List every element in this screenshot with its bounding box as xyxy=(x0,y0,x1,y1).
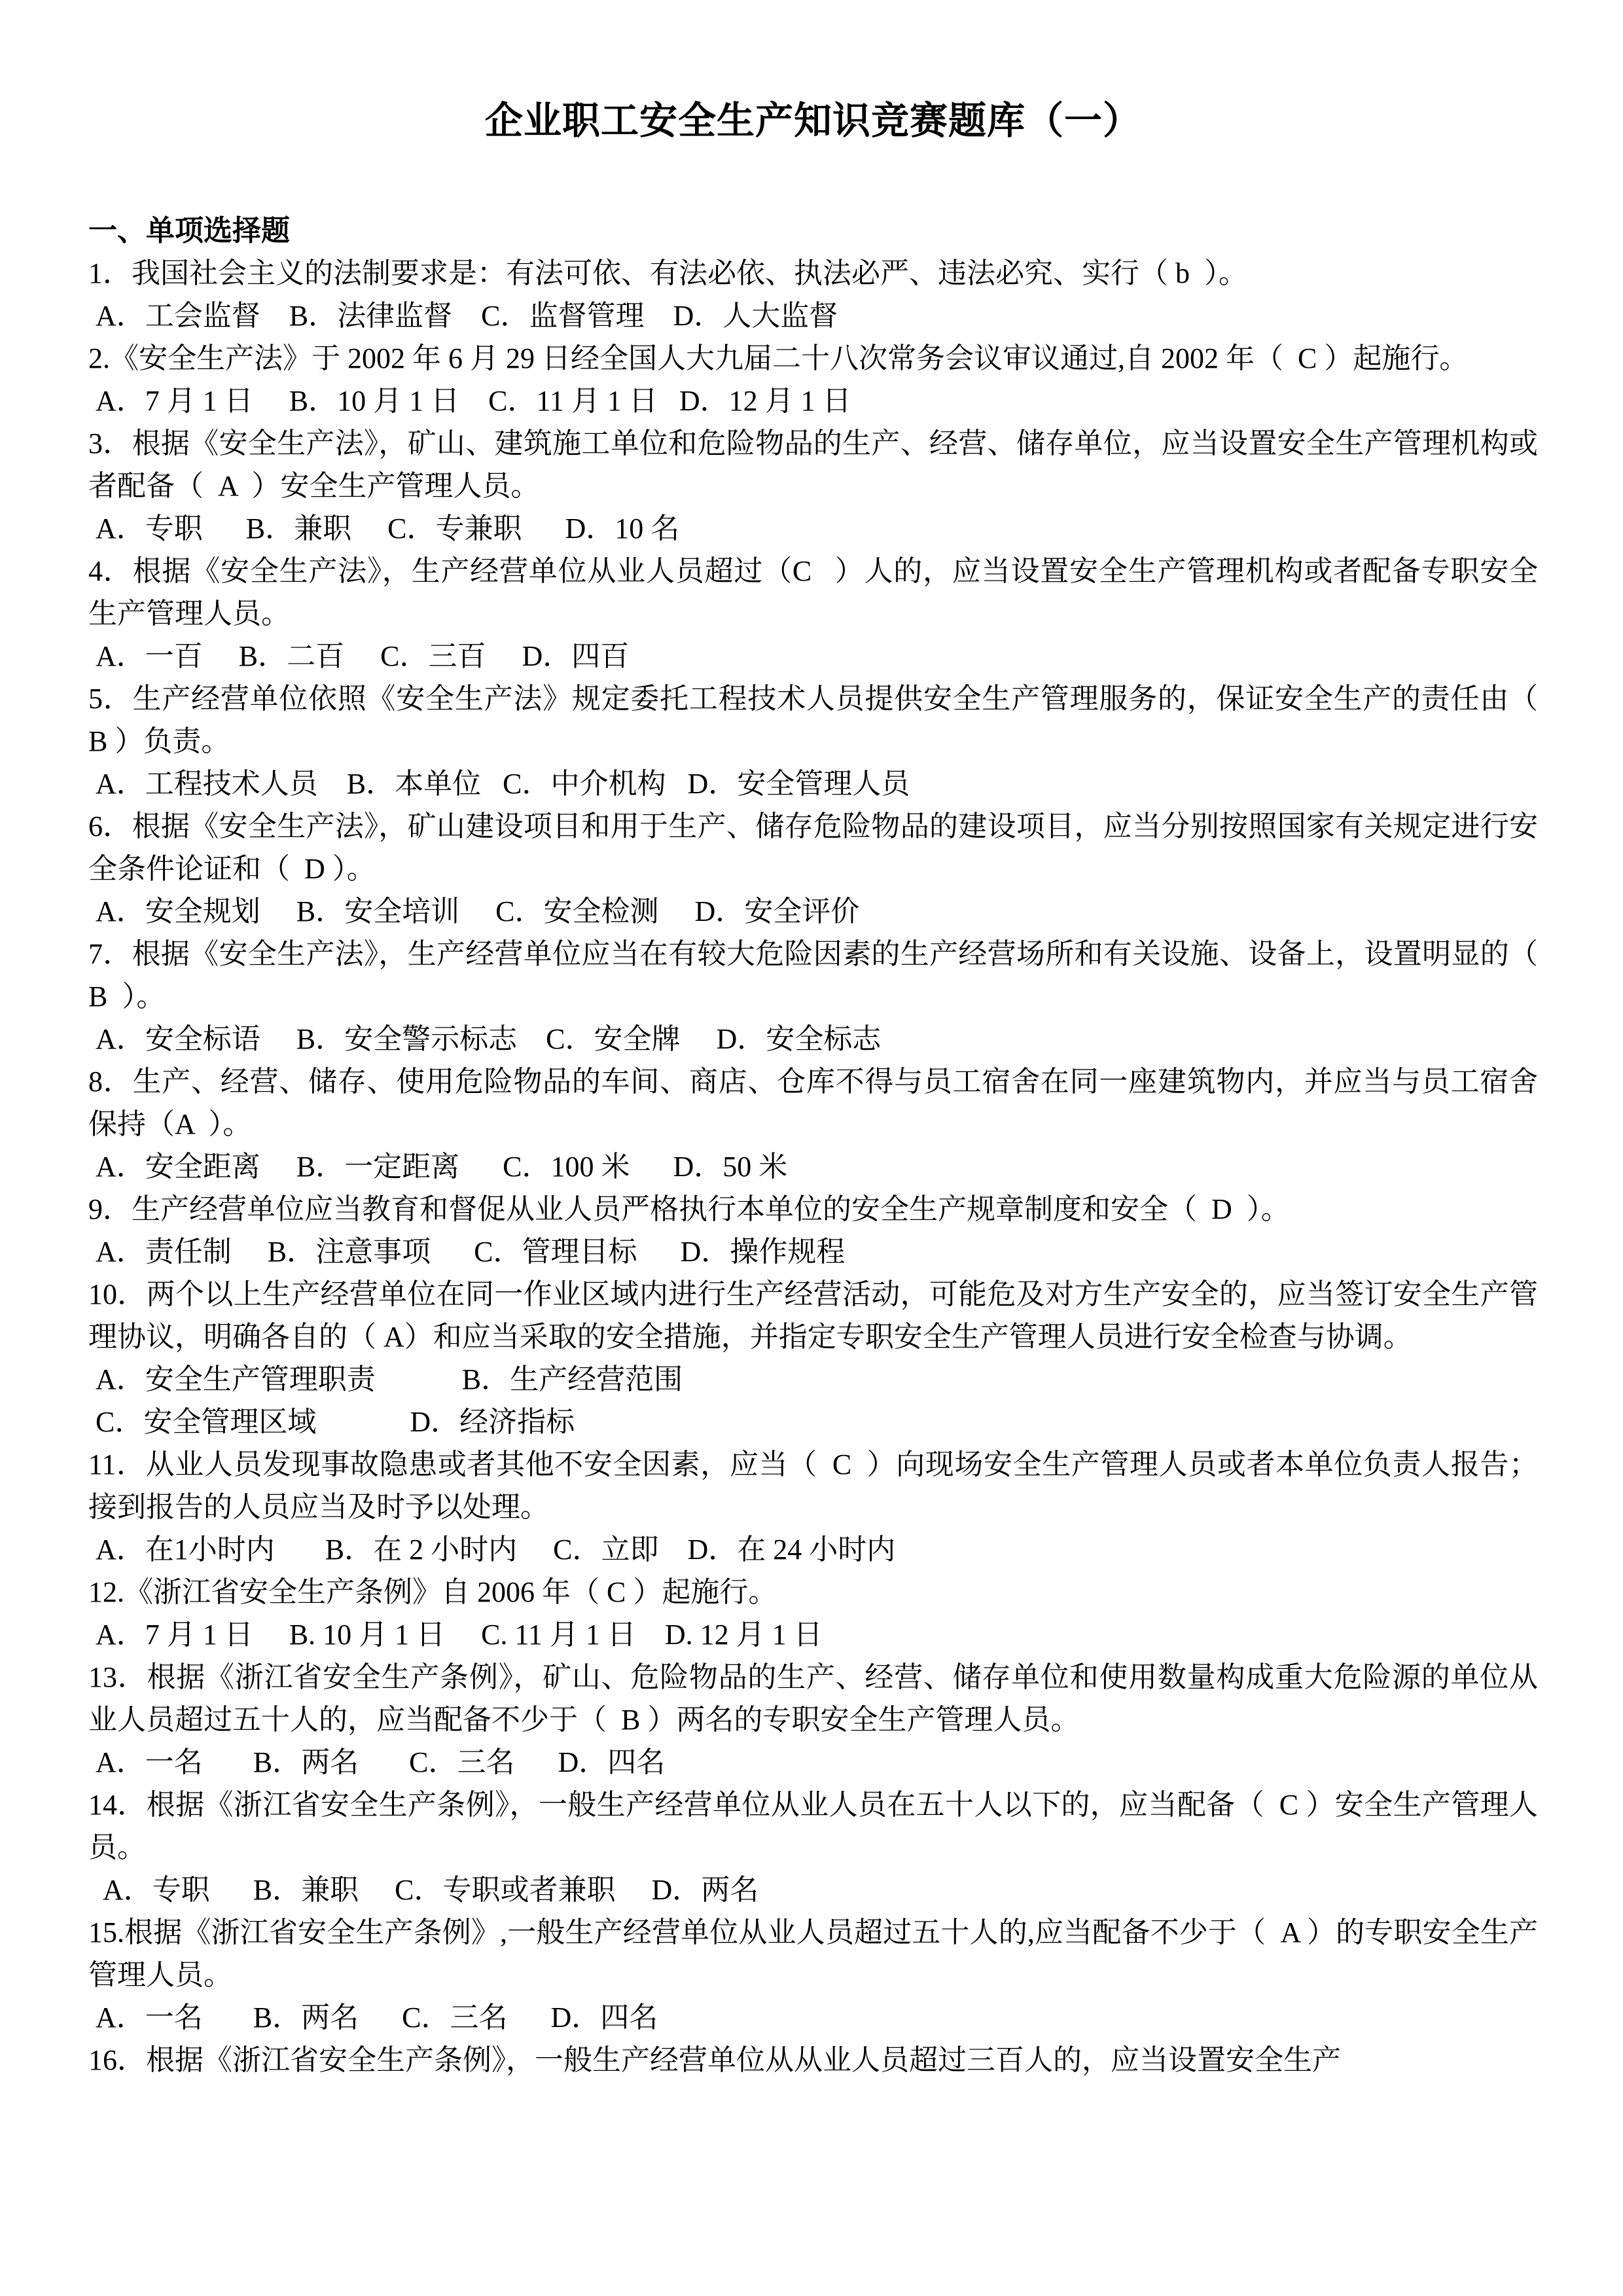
option-line: A．一名 B．两名 C．三名 D．四名 xyxy=(88,1996,1538,2039)
question-16: 16．根据《浙江省安全生产条例》，一般生产经营单位从从业人员超过三百人的，应当设… xyxy=(88,2039,1538,2081)
question-stem: 5．生产经营单位依照《安全生产法》规定委托工程技术人员提供安全生产管理服务的，保… xyxy=(88,677,1538,762)
question-9: 9．生产经营单位应当教育和督促从业人员严格执行本单位的安全生产规章制度和安全（ … xyxy=(88,1188,1538,1273)
question-stem: 13．根据《浙江省安全生产条例》，矿山、危险物品的生产、经营、储存单位和使用数量… xyxy=(88,1656,1538,1741)
question-14: 14．根据《浙江省安全生产条例》，一般生产经营单位从业人员在五十人以下的，应当配… xyxy=(88,1784,1538,1911)
question-15: 15.根据《浙江省安全生产条例》,一般生产经营单位从业人员超过五十人的,应当配备… xyxy=(88,1911,1538,2039)
page-title: 企业职工安全生产知识竞赛题库（一） xyxy=(88,97,1538,145)
question-stem: 9．生产经营单位应当教育和督促从业人员严格执行本单位的安全生产规章制度和安全（ … xyxy=(88,1188,1538,1230)
option-line: A．在1小时内 B．在 2 小时内 C．立即 D．在 24 小时内 xyxy=(88,1528,1538,1571)
question-stem: 10．两个以上生产经营单位在同一作业区域内进行生产经营活动，可能危及对方生产安全… xyxy=(88,1273,1538,1358)
question-11: 11．从业人员发现事故隐患或者其他不安全因素，应当（ C ）向现场安全生产管理人… xyxy=(88,1443,1538,1571)
option-line: A．专职 B．兼职 C．专兼职 D．10 名 xyxy=(88,507,1538,550)
question-12: 12.《浙江省安全生产条例》自 2006 年（ C ）起施行。 A．7 月 1 … xyxy=(88,1571,1538,1656)
question-6: 6．根据《安全生产法》，矿山建设项目和用于生产、储存危险物品的建设项目，应当分别… xyxy=(88,805,1538,933)
option-line: A．7 月 1 日 B. 10 月 1 日 C. 11 月 1 日 D. 12 … xyxy=(88,1613,1538,1656)
option-line: A．一名 B．两名 C．三名 D．四名 xyxy=(88,1741,1538,1784)
option-line: C．安全管理区域 D．经济指标 xyxy=(88,1401,1538,1443)
option-line: A．工程技术人员 B．本单位 C．中介机构 D．安全管理人员 xyxy=(88,762,1538,805)
option-line: A．责任制 B．注意事项 C．管理目标 D．操作规程 xyxy=(88,1230,1538,1273)
question-stem: 16．根据《浙江省安全生产条例》，一般生产经营单位从从业人员超过三百人的，应当设… xyxy=(88,2039,1538,2081)
question-stem: 4．根据《安全生产法》，生产经营单位从业人员超过（C ）人的，应当设置安全生产管… xyxy=(88,550,1538,635)
question-stem: 12.《浙江省安全生产条例》自 2006 年（ C ）起施行。 xyxy=(88,1571,1538,1613)
question-stem: 2.《安全生产法》于 2002 年 6 月 29 日经全国人大九届二十八次常务会… xyxy=(88,337,1538,380)
question-stem: 6．根据《安全生产法》，矿山建设项目和用于生产、储存危险物品的建设项目，应当分别… xyxy=(88,805,1538,890)
question-2: 2.《安全生产法》于 2002 年 6 月 29 日经全国人大九届二十八次常务会… xyxy=(88,337,1538,422)
question-stem: 15.根据《浙江省安全生产条例》,一般生产经营单位从业人员超过五十人的,应当配备… xyxy=(88,1911,1538,1996)
question-stem: 3．根据《安全生产法》，矿山、建筑施工单位和危险物品的生产、经营、储存单位，应当… xyxy=(88,422,1538,507)
question-list: 1．我国社会主义的法制要求是：有法可依、有法必依、执法必严、违法必究、实行（ b… xyxy=(88,252,1538,2081)
question-stem: 7．根据《安全生产法》，生产经营单位应当在有较大危险因素的生产经营场所和有关设施… xyxy=(88,933,1538,1018)
section-heading: 一、单项选择题 xyxy=(88,209,1538,252)
question-stem: 8．生产、经营、储存、使用危险物品的车间、商店、仓库不得与员工宿舍在同一座建筑物… xyxy=(88,1060,1538,1145)
option-line: A．安全规划 B．安全培训 C．安全检测 D．安全评价 xyxy=(88,890,1538,933)
question-4: 4．根据《安全生产法》，生产经营单位从业人员超过（C ）人的，应当设置安全生产管… xyxy=(88,550,1538,677)
question-stem: 1．我国社会主义的法制要求是：有法可依、有法必依、执法必严、违法必究、实行（ b… xyxy=(88,252,1538,295)
option-line: A．安全距离 B．一定距离 C．100 米 D．50 米 xyxy=(88,1145,1538,1188)
question-7: 7．根据《安全生产法》，生产经营单位应当在有较大危险因素的生产经营场所和有关设施… xyxy=(88,933,1538,1060)
option-line: A．7 月 1 日 B．10 月 1 日 C．11 月 1 日 D．12 月 1… xyxy=(88,380,1538,422)
question-stem: 14．根据《浙江省安全生产条例》，一般生产经营单位从业人员在五十人以下的，应当配… xyxy=(88,1784,1538,1869)
option-line: A．专职 B．兼职 C．专职或者兼职 D．两名 xyxy=(88,1869,1538,1911)
question-13: 13．根据《浙江省安全生产条例》，矿山、危险物品的生产、经营、储存单位和使用数量… xyxy=(88,1656,1538,1784)
question-10: 10．两个以上生产经营单位在同一作业区域内进行生产经营活动，可能危及对方生产安全… xyxy=(88,1273,1538,1443)
question-stem: 11．从业人员发现事故隐患或者其他不安全因素，应当（ C ）向现场安全生产管理人… xyxy=(88,1443,1538,1528)
question-8: 8．生产、经营、储存、使用危险物品的车间、商店、仓库不得与员工宿舍在同一座建筑物… xyxy=(88,1060,1538,1188)
option-line: A．一百 B．二百 C．三百 D．四百 xyxy=(88,635,1538,677)
question-1: 1．我国社会主义的法制要求是：有法可依、有法必依、执法必严、违法必究、实行（ b… xyxy=(88,252,1538,337)
question-3: 3．根据《安全生产法》，矿山、建筑施工单位和危险物品的生产、经营、储存单位，应当… xyxy=(88,422,1538,550)
option-line: A．安全生产管理职责 B．生产经营范围 xyxy=(88,1358,1538,1401)
document-page: 企业职工安全生产知识竞赛题库（一） 一、单项选择题 1．我国社会主义的法制要求是… xyxy=(0,0,1623,2296)
option-line: A．工会监督 B．法律监督 C．监督管理 D．人大监督 xyxy=(88,295,1538,337)
option-line: A．安全标语 B．安全警示标志 C．安全牌 D．安全标志 xyxy=(88,1018,1538,1060)
question-5: 5．生产经营单位依照《安全生产法》规定委托工程技术人员提供安全生产管理服务的，保… xyxy=(88,677,1538,805)
